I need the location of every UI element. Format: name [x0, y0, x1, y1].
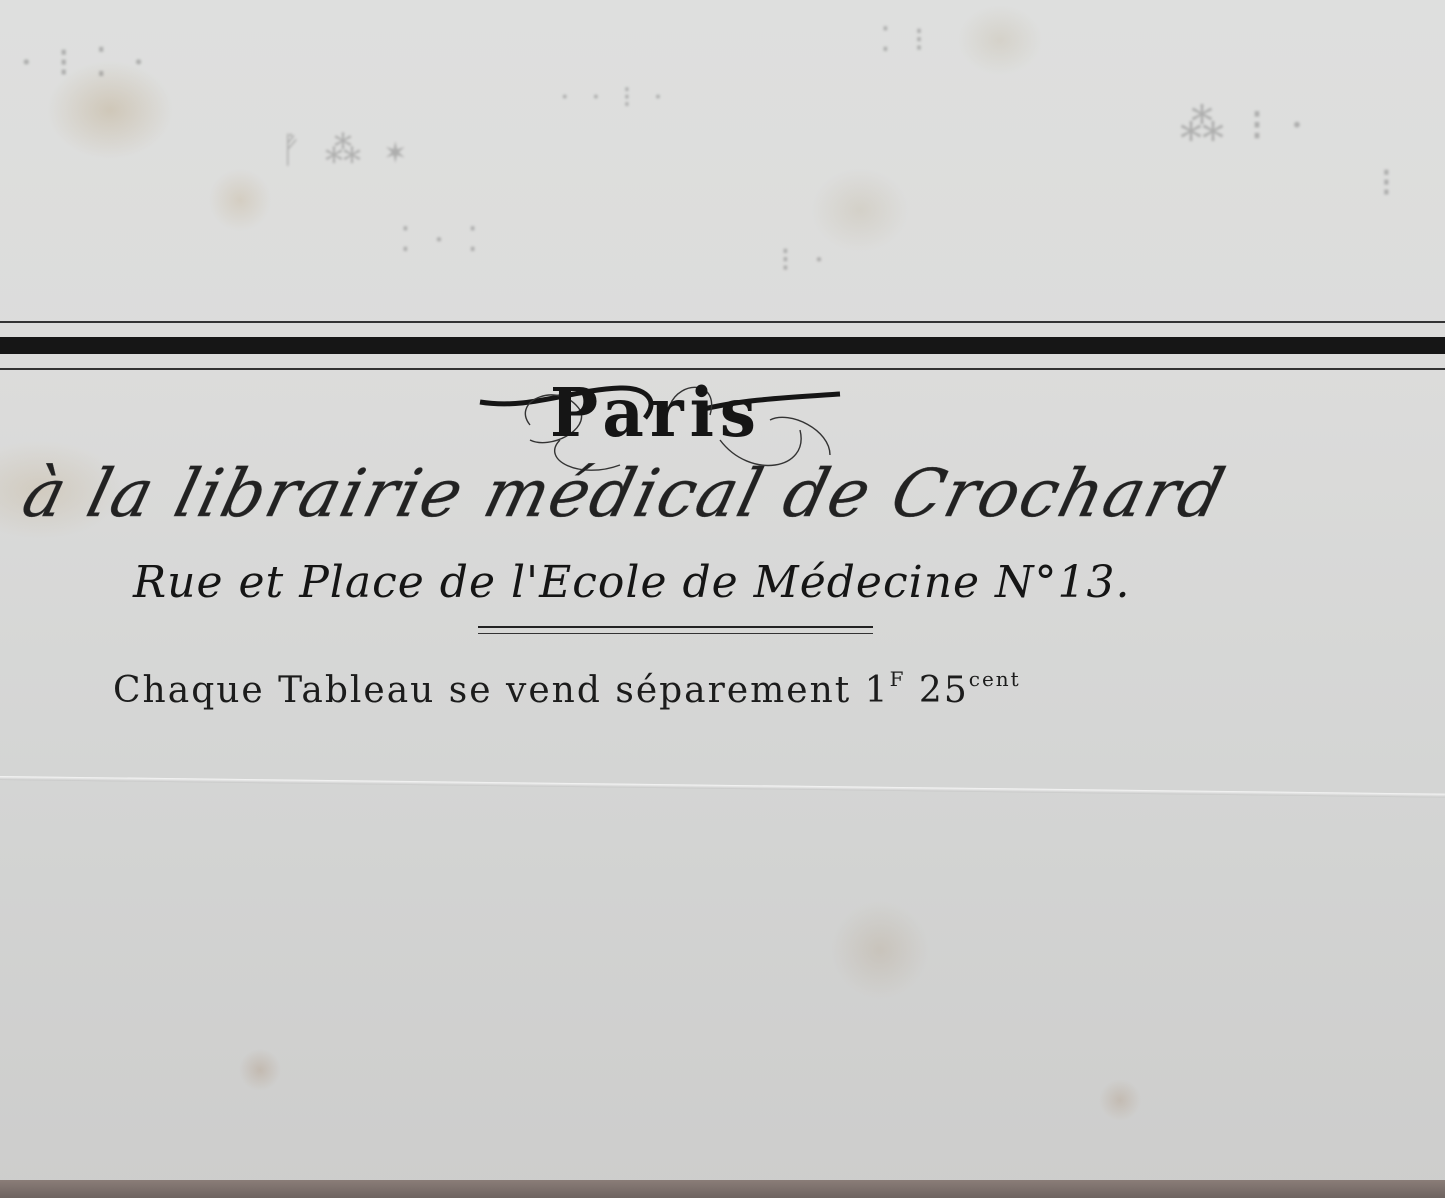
address-underline — [478, 626, 873, 634]
price-cents: 25 — [905, 670, 968, 711]
top-thin-rule — [0, 321, 1445, 323]
price-text: Chaque Tableau se vend séparement 1 — [113, 670, 890, 711]
city-title: Paris — [550, 374, 762, 453]
faded-upper-print: · ⁝ ⁚ · ᚡ ⁂ ✶ · · ⁝ · ⁚ ⁝ ⁂ ⁝ · ⁝ ⁚ · ⁚ … — [0, 0, 1445, 320]
publisher-line: à la librairie médical de Crochard — [15, 455, 1414, 532]
cents-superscript: cent — [969, 667, 1021, 691]
price-line: Chaque Tableau se vend séparement 1F 25c… — [113, 667, 1021, 711]
franc-superscript: F — [890, 667, 906, 691]
thick-rule — [0, 337, 1445, 354]
address-line: Rue et Place de l'Ecole de Médecine N°13… — [133, 557, 1131, 608]
paper-bottom-edge — [0, 1180, 1445, 1198]
